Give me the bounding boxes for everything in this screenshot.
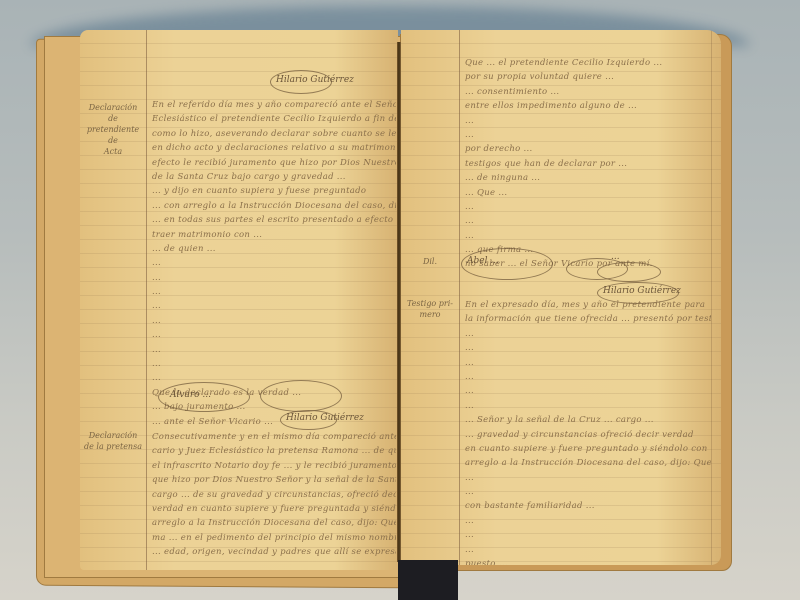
- signature: ...: [611, 252, 620, 262]
- margin-line: [459, 30, 460, 565]
- entry-text: En el expresado día, mes y año el preten…: [465, 298, 711, 565]
- entry-text: Que ... el pretendiente Cecilio Izquierd…: [465, 56, 711, 272]
- entry-text: En el referido día mes y año compareció …: [152, 98, 396, 429]
- book-gutter: [397, 42, 401, 562]
- entry-text: Consecutivamente y en el mismo día compa…: [152, 430, 396, 560]
- right-margin-line: [711, 30, 712, 565]
- signature: Hilario Gutiérrez: [603, 286, 681, 296]
- signature: Abel ...: [467, 256, 499, 266]
- signature: Hilario Gutiérrez: [276, 75, 354, 85]
- margin-note-declaracion-pretendiente: Declaración de pretendiente de Acta: [82, 102, 144, 157]
- signature-flourish: [597, 262, 661, 282]
- signature-flourish: [260, 380, 342, 412]
- signature: Hilario Gutiérrez: [286, 413, 364, 423]
- margin-note-testigo-primero: Testigo pri- mero: [403, 298, 457, 320]
- left-page: Declaración de pretendiente de Acta Decl…: [80, 30, 398, 570]
- book-spine-shadow: [398, 560, 458, 600]
- signature: Álvaro ...: [170, 390, 211, 400]
- margin-note-declaracion-pretensa: Declaración de la pretensa: [82, 430, 144, 452]
- margin-line: [146, 30, 147, 570]
- right-page: Que ... el pretendiente Cecilio Izquierd…: [401, 30, 721, 565]
- margin-note-dil: Dil.: [403, 256, 457, 267]
